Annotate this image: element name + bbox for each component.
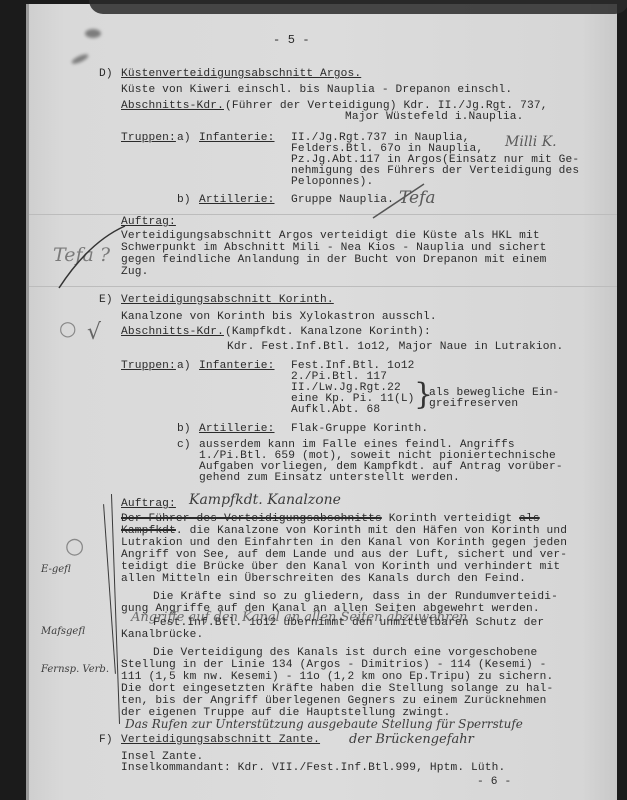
section-d-infantry-line: Peloponnes). <box>291 176 373 189</box>
section-e-title: Verteidigungsabschnitt Korinth. <box>121 294 334 307</box>
margin-note: Mafsgefl <box>41 626 85 637</box>
page-number: - 5 - <box>273 34 310 47</box>
section-e-artillery-value: Flak-Gruppe Korinth. <box>291 423 428 436</box>
section-e-extent: Kanalzone von Korinth bis Xylokastron au… <box>121 311 437 324</box>
section-d-infantry-label: Infanterie: <box>199 132 275 145</box>
margin-bracket-line <box>111 494 120 724</box>
reserve-note-line: greifreserven <box>429 398 518 411</box>
section-e-commander-name: Kdr. Fest.Inf.Btl. 1o12, Major Naue in L… <box>227 341 563 354</box>
section-d-letter: D) <box>99 68 113 81</box>
section-e-letter: E) <box>99 294 113 307</box>
section-e-para2-line: Fest.Inf.Btl. 1o12 übernimmt den unmitte… <box>153 617 544 630</box>
section-d-extent: Küste von Kiweri einschl. bis Nauplia - … <box>121 84 512 97</box>
section-e-order-line: allen Mitteln ein Überschreiten des Kana… <box>121 573 526 586</box>
struck-text: Kampfkdt <box>121 525 176 537</box>
handwritten-note: Das Rufen zur Unterstützung ausgebaute S… <box>125 717 523 731</box>
margin-note: E-gefl <box>41 564 71 575</box>
scan-shadow <box>89 0 627 14</box>
section-e-infantry-label: Infanterie: <box>199 360 275 373</box>
section-d-title: Küstenverteidigungsabschnitt Argos. <box>121 68 361 81</box>
margin-slash <box>49 222 129 292</box>
fold-line <box>29 214 617 215</box>
section-d-artillery-label: Artillerie: <box>199 194 275 207</box>
stain <box>85 29 101 38</box>
margin-note: Fernsp. Verb. <box>41 664 109 675</box>
next-page-marker: - 6 - <box>477 776 511 789</box>
circle-mark: ○ <box>65 534 84 559</box>
section-d-artillery-marker: b) <box>177 194 191 207</box>
section-e-infantry-line: Aufkl.Abt. 68 <box>291 404 380 417</box>
section-d-commander-label: Abschnitts-Kdr. <box>121 100 224 113</box>
section-f-title: Verteidigungsabschnitt Zante. <box>121 734 320 747</box>
section-f-letter: F) <box>99 734 113 747</box>
section-e-commander-role: (Kampfkdt. Kanalzone Korinth): <box>225 326 431 339</box>
handwritten-insert: Kampfkdt. Kanalzone <box>189 492 341 508</box>
stain <box>71 52 90 65</box>
struck-text: als <box>519 513 540 525</box>
section-f-line: Inselkommandant: Kdr. VII./Fest.Inf.Btl.… <box>121 762 505 775</box>
section-e-artillery-marker: b) <box>177 423 191 436</box>
section-d-troops-label: Truppen: <box>121 132 176 145</box>
circle-mark: ○ <box>59 316 76 340</box>
section-e-extra-line: gehend zum Einsatz unterstellt werden. <box>199 472 460 485</box>
handwritten-note: der Brückengefahr <box>349 732 474 747</box>
section-e-artillery-label: Artillerie: <box>199 423 275 436</box>
handwritten-note: Milli K. <box>505 134 557 150</box>
struck-text: Der Führer des Verteidigungsabschnitts <box>121 513 382 525</box>
section-e-commander-label: Abschnitts-Kdr. <box>121 326 224 339</box>
section-e-para2-line: Kanalbrücke. <box>121 629 203 642</box>
section-e-extra-marker: c) <box>177 439 191 452</box>
section-d-order-line: gegen feindliche Anlandung in der Bucht … <box>121 254 547 267</box>
section-e-infantry-marker: a) <box>177 360 191 373</box>
section-d-infantry-marker: a) <box>177 132 191 145</box>
handwritten-slash <box>369 182 429 222</box>
check-mark: √ <box>87 320 101 345</box>
section-e-order-label: Auftrag: <box>121 498 176 511</box>
section-d-order-label: Auftrag: <box>121 216 176 229</box>
section-d-commander-name: Major Wüstefeld i.Nauplia. <box>345 111 523 124</box>
document-page: - 5 - D) Küstenverteidigungsabschnitt Ar… <box>26 4 617 800</box>
section-e-troops-label: Truppen: <box>121 360 176 373</box>
